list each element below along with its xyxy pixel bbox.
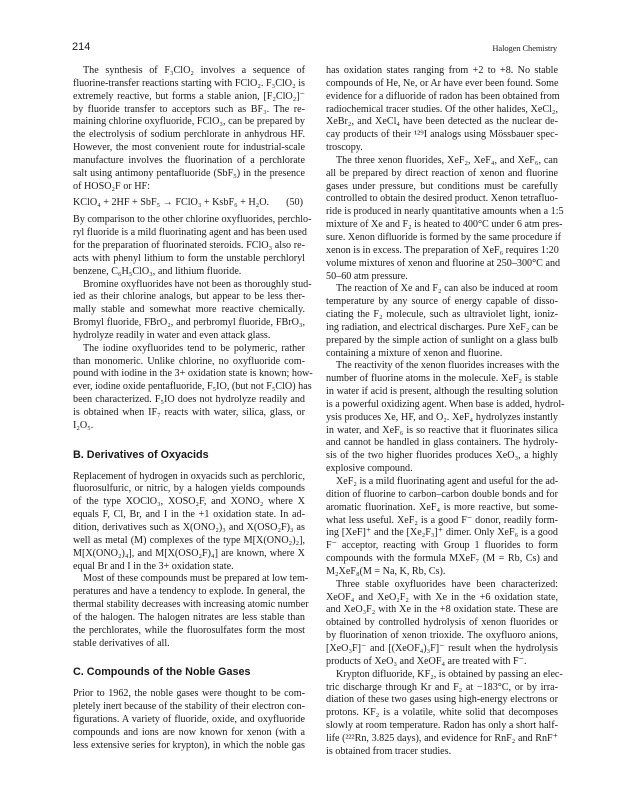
text-line: peratures and have a tendency to explode…	[73, 586, 305, 599]
text-line: ever, iodine oxide pentafluoride, F₅IO, …	[73, 381, 305, 394]
paragraph: The reaction of Xe and F₂ can also be in…	[326, 283, 558, 360]
text-line: salt using antimony pentafluoride (SbF₅)…	[73, 168, 305, 181]
text-line: equals F, Cl, Br, and I in the +1 oxidat…	[73, 509, 305, 522]
text-line: sis of the two higher fluorides produces…	[326, 450, 558, 463]
text-line: evidence for a difluoride of radon has b…	[326, 91, 558, 104]
text-line: pletely inert because of the stability o…	[73, 701, 305, 714]
text-line: radiochemical tracer studies. Of the oth…	[326, 104, 558, 117]
text-line: obtained by controlled hydrolysis of xen…	[326, 617, 558, 630]
text-line: than monomeric. Unlike chlorine, no oxyf…	[73, 356, 305, 369]
text-line: what less useful. XeF₂ is a good F⁻ dono…	[326, 515, 558, 528]
text-line: is a powerful oxidizing agent. When base…	[326, 399, 558, 412]
paragraph: The three xenon fluorides, XeF₂, XeF₄, a…	[326, 155, 558, 283]
text-line: controlled to obtain the desired product…	[326, 193, 558, 206]
text-line: ciating the F₂ molecule, such as ultravi…	[326, 309, 558, 322]
text-line: life (²²²Rn, 3.825 days), and evidence f…	[326, 733, 558, 746]
text-line: is obtained when IF₇ reacts with water, …	[73, 407, 305, 420]
left-column: The synthesis of F₃ClO₂ involves a seque…	[73, 65, 305, 753]
text-line: diation of these two gases using high-en…	[326, 694, 558, 707]
text-line: figurations. A variety of fluoride, oxid…	[73, 714, 305, 727]
text-line: Prior to 1962, the noble gases were thou…	[73, 688, 305, 701]
text-line: Three stable oxyfluorides have been char…	[326, 579, 558, 592]
text-line: thermal stability decreases with increas…	[73, 599, 305, 612]
page-number: 214	[72, 41, 90, 53]
text-line: dition, derivatives such as X(ONO₂)₃ and…	[73, 522, 305, 535]
text-line: [XeO₃F]⁻ and [(XeOF₄)₃F]⁻ result when th…	[326, 643, 558, 656]
text-line: the perchlorates, while the fluorosulfat…	[73, 625, 305, 638]
text-line: ing [XeF]⁺ and the [Xe₂F₃]⁺ dimer. Only …	[326, 527, 558, 540]
text-line: cay products of their ¹²⁹I analogs using…	[326, 129, 558, 142]
text-line: Bromyl fluoride, FBrO₂, and perbromyl fl…	[73, 317, 305, 330]
text-line: XeBr₂, and XeCl₄ have been detected as t…	[326, 116, 558, 129]
right-column: has oxidation states ranging from +2 to …	[326, 65, 558, 759]
text-line: gases under pressure, but conditions mus…	[326, 181, 558, 194]
text-line: The three xenon fluorides, XeF₂, XeF₄, a…	[326, 155, 558, 168]
paragraph: Replacement of hydrogen in oxyacids such…	[73, 471, 305, 574]
text-line: The reaction of Xe and F₂ can also be in…	[326, 283, 558, 296]
text-line: explosive compound.	[326, 463, 558, 476]
section-heading-c: C. Compounds of the Noble Gases	[73, 666, 305, 680]
text-line: compounds with the formula MXeF₇ (M = Rb…	[326, 553, 558, 566]
text-line: By comparison to the other chlorine oxyf…	[73, 214, 305, 227]
text-line: all be prepared by direct reaction of xe…	[326, 168, 558, 181]
text-line: mixture of Xe and F₂ is heated to 400°C …	[326, 219, 558, 232]
paragraph: The iodine oxyfluorides tend to be polym…	[73, 343, 305, 433]
text-line: for the preparation of fluorinated stero…	[73, 240, 305, 253]
text-line: M[X(ONO₂)₄], and M[X(OSO₂F)₄] are known,…	[73, 548, 305, 561]
text-line: pound with iodine in the 3+ oxidation st…	[73, 368, 305, 381]
text-line: The synthesis of F₃ClO₂ involves a seque…	[73, 65, 305, 78]
text-line: of the type XOClO₃, XOSO₂F, and XONO₂ wh…	[73, 496, 305, 509]
paragraph: XeF₂ is a mild fluorinating agent and us…	[326, 476, 558, 579]
text-line: prepared by the simple action of sunligh…	[326, 335, 558, 348]
text-line: volume mixtures of xenon and fluorine at…	[326, 258, 558, 271]
text-line: less extensive series for krypton), in w…	[73, 740, 305, 753]
text-line: mally stable and somewhat more reactive …	[73, 304, 305, 317]
paragraph: Krypton difluoride, KF₂, is obtained by …	[326, 669, 558, 759]
paragraph: Prior to 1962, the noble gases were thou…	[73, 688, 305, 752]
paragraph: Most of these compounds must be prepared…	[73, 573, 305, 650]
text-line: compounds and ions are now known for xen…	[73, 727, 305, 740]
text-line: ysis produces Xe, HF, and O₂. XeF₄ hydro…	[326, 412, 558, 425]
text-line: by fluorination of xenon trioxide. The o…	[326, 630, 558, 643]
text-line: is obtained from tracer studies.	[326, 746, 558, 759]
text-line: The reactivity of the xenon fluorides in…	[326, 360, 558, 373]
text-line: compounds of He, Ne, or Ar have ever bee…	[326, 78, 558, 91]
text-line: protons. KF₂ is a volatile, white solid …	[326, 707, 558, 720]
text-line: ride is produced in nearly quantitative …	[326, 206, 558, 219]
text-line: ing radiation, and electrical discharges…	[326, 322, 558, 335]
text-line: acts with phenyl lithium to form the uns…	[73, 253, 305, 266]
text-line: XeOF₄ and XeO₂F₂ with Xe in the +6 oxida…	[326, 592, 558, 605]
equation-number: (50)	[286, 197, 305, 210]
paragraph: The reactivity of the xenon fluorides in…	[326, 360, 558, 476]
text-line: I₂O₅.	[73, 420, 305, 433]
paragraph: By comparison to the other chlorine oxyf…	[73, 214, 305, 278]
text-line: well as metal (M) complexes of the type …	[73, 535, 305, 548]
text-line: in water if acid is present, although th…	[326, 386, 558, 399]
text-line: has oxidation states ranging from +2 to …	[326, 65, 558, 78]
text-line: tric discharge through Kr and F₂ at −183…	[326, 682, 558, 695]
text-line: Bromine oxyfluorides have not been as th…	[73, 279, 305, 292]
text-line: extremely reactive, but forms a stable a…	[73, 91, 305, 104]
text-line: ied as their chlorine analogs, but appea…	[73, 291, 305, 304]
text-line: benzene, C₆H₅ClO₃, and lithium fluoride.	[73, 266, 305, 279]
text-line: of the halogen. The halogen nitrates are…	[73, 612, 305, 625]
text-line: manufacture involves the fluorination of…	[73, 155, 305, 168]
text-line: been characterized. F₅IO does not hydrol…	[73, 394, 305, 407]
text-line: fluorine-transfer reactions starting wit…	[73, 78, 305, 91]
text-line: of HOSO₂F or HF:	[73, 181, 305, 194]
text-line: by fluoride transfer to acceptors such a…	[73, 104, 305, 117]
text-line: temperature by any source of energy capa…	[326, 296, 558, 309]
paragraph: has oxidation states ranging from +2 to …	[326, 65, 558, 155]
text-line: fluorosulfuric, or nitric, by a halogen …	[73, 483, 305, 496]
text-line: aromatic fluorination. XeF₄ is more reac…	[326, 502, 558, 515]
text-line: F⁻ acceptor, reacting with Group 1 fluor…	[326, 540, 558, 553]
text-line: slowly at room temperature. Radon has on…	[326, 720, 558, 733]
text-line: dition of fluorine to carbon–carbon doub…	[326, 489, 558, 502]
text-line: and cannot be handled in glass container…	[326, 437, 558, 450]
text-line: Krypton difluoride, KF₂, is obtained by …	[326, 669, 558, 682]
text-line: Replacement of hydrogen in oxyacids such…	[73, 471, 305, 484]
text-line: and XeO₃F₂ with Xe in the +8 oxidation s…	[326, 604, 558, 617]
text-line: products of XeO₃ and XeOF₄ are treated w…	[326, 656, 558, 669]
text-line: hydrolyze readily in water and even atta…	[73, 330, 305, 343]
text-line: containing a mixture of xenon and fluori…	[326, 348, 558, 361]
equation-text: KClO₄ + 2HF + SbF₅ → FClO₃ + KsbF₆ + H₂O…	[73, 197, 269, 210]
text-line: xenon is in excess. The preparation of X…	[326, 245, 558, 258]
text-line: the electrolysis of sodium perchlorate i…	[73, 129, 305, 142]
text-line: maining chlorine oxyfluoride, FClO₃, can…	[73, 116, 305, 129]
text-line: troscopy.	[326, 142, 558, 155]
text-line: XeF₂ is a mild fluorinating agent and us…	[326, 476, 558, 489]
text-line: number of fluorine atoms in the molecule…	[326, 373, 558, 386]
text-line: Most of these compounds must be prepared…	[73, 573, 305, 586]
paragraph: Three stable oxyfluorides have been char…	[326, 579, 558, 669]
text-line: M₂XeF₈(M = Na, K, Rb, Cs).	[326, 566, 558, 579]
section-heading-b: B. Derivatives of Oxyacids	[73, 449, 305, 463]
paragraph: Bromine oxyfluorides have not been as th…	[73, 279, 305, 343]
equation-50: KClO₄ + 2HF + SbF₅ → FClO₃ + KsbF₆ + H₂O…	[73, 197, 305, 210]
paragraph: The synthesis of F₃ClO₂ involves a seque…	[73, 65, 305, 193]
text-line: in water, and XeF₆ is so reactive that i…	[326, 425, 558, 438]
text-line: The iodine oxyfluorides tend to be polym…	[73, 343, 305, 356]
text-line: ryl fluoride is a mild fluorinating agen…	[73, 227, 305, 240]
running-head: Halogen Chemistry	[492, 43, 557, 53]
text-line: equal Br and I in the 3+ oxidation state…	[73, 561, 305, 574]
text-line: sure. Xenon difluoride is formed by the …	[326, 232, 558, 245]
text-line: However, the most convenient route for i…	[73, 142, 305, 155]
text-line: 50–60 atm pressure.	[326, 271, 558, 284]
text-line: stable derivatives of all.	[73, 638, 305, 651]
